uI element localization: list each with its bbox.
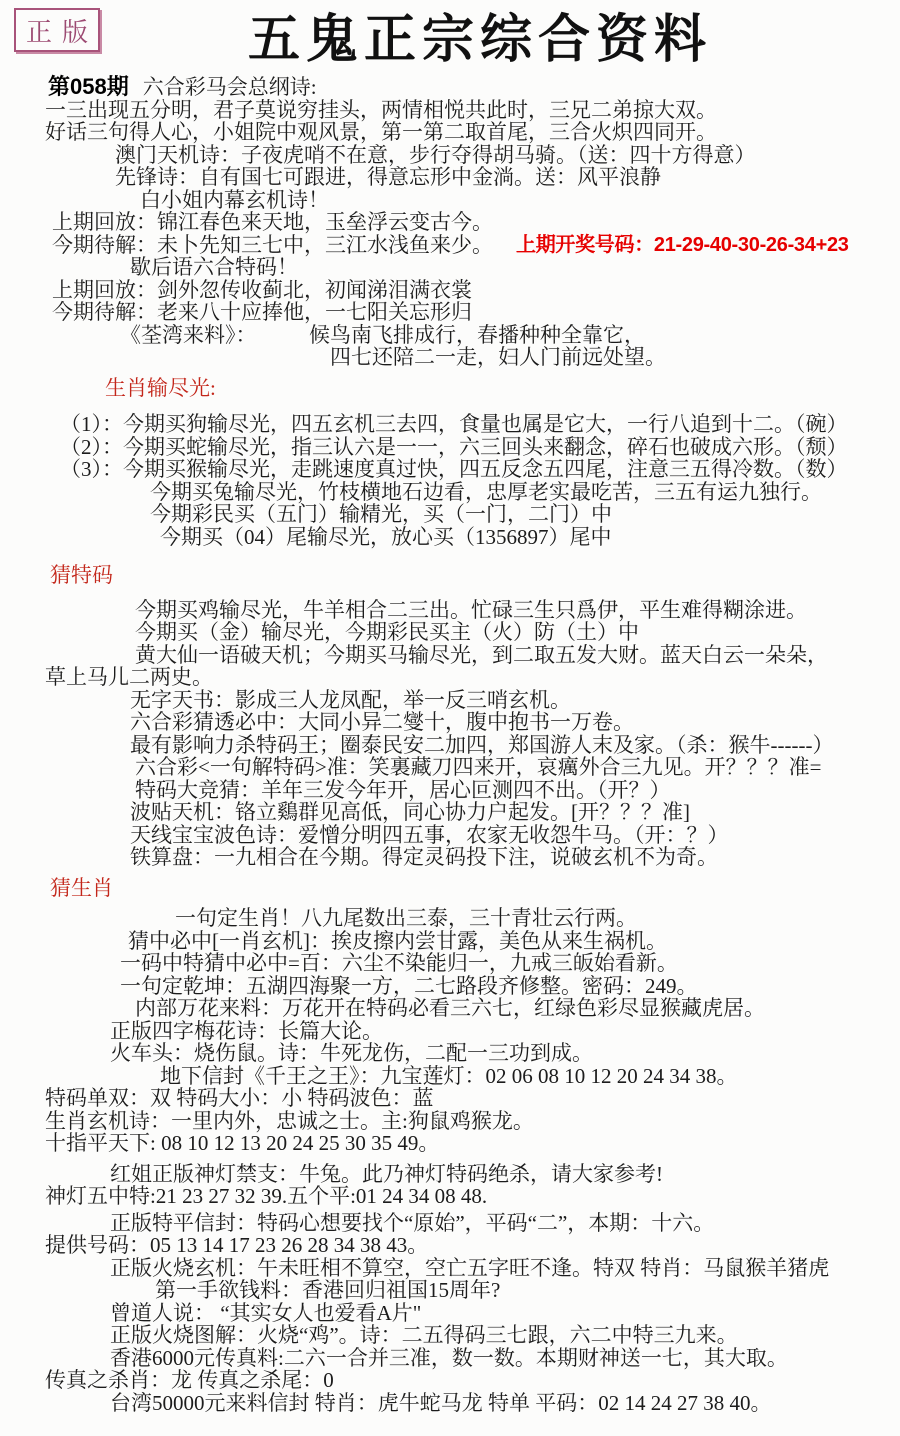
line-text: 先锋诗：自有国七可跟进，得意忘形中金淌。送：风平浪静 [115,165,661,189]
line-text: 六合彩马会总纲诗: [143,75,317,99]
line-text: 神灯五中特:21 23 27 32 39.五个平:01 24 34 08 48. [45,1184,487,1208]
line-text: 香港6000元传真料:二六一合并三准，数一数。本期财神送一七，其大取。 [110,1346,788,1370]
line-text: （2）：今期买蛇输尽光，指三认六是一一，六三回头来翻念，碎石也破成六形。（颓） [60,435,848,459]
line-text: 《荃湾来料》： 候鸟南飞排成行，春播种种全靠它， [120,323,645,347]
text-line: 白小姐内幕玄机诗！ [0,189,900,212]
line-text: （3）：今期买猴输尽光，走跳速度真过快，四五反念五四尾，注意三五得冷数。（数） [60,457,848,481]
line-text: 一码中特猜中必中=百：六尘不染能归一，九戒三皈始看新。 [120,951,678,975]
text-line: 今期彩民买（五门）输精光，买（一门，二门）中 [0,503,900,526]
prev-draw-numbers: 上期开奖号码：21-29-40-30-26-34+23 [516,234,849,257]
line-text: 今期买（04）尾输尽光，放心买（1356897）尾中 [160,525,612,549]
text-line: 台湾50000元来料信封 特肖：虎牛蛇马龙 特单 平码：02 14 24 27 … [0,1392,900,1415]
text-line: 地下信封《千王之王》：九宝莲灯：02 06 08 10 12 20 24 34 … [0,1065,900,1088]
text-line: 上期回放：锦江春色来天地，玉垒浮云变古今。 [0,211,900,234]
line-text: 第一手欲钱料：香港回归祖国15周年? [155,1278,500,1302]
text-line: 《荃湾来料》： 候鸟南飞排成行，春播种种全靠它， [0,324,900,347]
issue-number: 第058期 [48,74,129,99]
text-line: 正版火烧图解：火烧“鸡”。诗：二五得码三七跟，六二中特三九来。 [0,1324,900,1347]
line-text: 六合彩<一句解特码>准：笑裏藏刀四来开，哀癘外合三九见。开？？？准= [135,755,822,779]
section-heading-label: 猜生肖 [50,876,113,900]
text-line: （3）：今期买猴输尽光，走跳速度真过快，四五反念五四尾，注意三五得冷数。（数） [0,458,900,481]
section-heading: 猜特码 [0,564,900,587]
text-line: 澳门天机诗：子夜虎哨不在意，步行夺得胡马骑。（送：四十方得意） [0,144,900,167]
line-text: 正版火烧图解：火烧“鸡”。诗：二五得码三七跟，六二中特三九来。 [110,1323,738,1347]
text-line: 正版火烧玄机：午未旺相不算空，空亡五字旺不逢。特双 特肖：马鼠猴羊猪虎 [0,1257,900,1280]
line-text: 四七还陪二一走，妇人门前远处望。 [330,345,666,369]
line-text: 黄大仙一语破天机；今期买马输尽光，到二取五发大财。蓝天白云一朵朵， [135,643,828,667]
text-line: 六合彩猜透必中：大同小异二燮十，腹中抱书一万卷。 [0,711,900,734]
line-text: 正版火烧玄机：午未旺相不算空，空亡五字旺不逢。特双 特肖：马鼠猴羊猪虎 [110,1256,829,1280]
text-line: 今期待解：老来八十应捧他，一七阳关忘形归 [0,301,900,324]
text-line: 一句定生肖！八九尾数出三泰，三十青壮云行两。 [0,907,900,930]
text-line: 正版特平信封：特码心想要找个“原始”，平码“二”，本期：十六。 [0,1212,900,1235]
text-line: 最有影响力杀特码王；圈泰民安二加四，郑国游人末及家。（杀：猴牛------） [0,734,900,757]
line-text: 今期待解：老来八十应捧他，一七阳关忘形归 [52,300,472,324]
page: { "badge": { "label": "正版", "border_colo… [0,0,900,1436]
line-text: 火车头：烧伤鼠。诗：牛死龙伤，二配一三功到成。 [110,1041,593,1065]
text-line: 曾道人说： “其实女人也爱看A片" [0,1302,900,1325]
text-line: 六合彩<一句解特码>准：笑裏藏刀四来开，哀癘外合三九见。开？？？准= [0,756,900,779]
text-line: 无字天书：影成三人龙凤配，举一反三哨玄机。 [0,689,900,712]
text-line: 生肖玄机诗：一里内外，忠诚之士。主:狗鼠鸡猴龙。 [0,1110,900,1133]
text-line: 今期买（04）尾输尽光，放心买（1356897）尾中 [0,526,900,549]
text-line: 提供号码：05 13 14 17 23 26 28 34 38 43。 [0,1234,900,1257]
document-lines: 第058期六合彩马会总纲诗:一三出现五分明，君子莫说穷挂头，两情相悦共此时，三兄… [0,76,900,1414]
line-text: 天线宝宝波色诗：爱憎分明四五事，农家无收怨牛马。（开：？） [130,823,729,847]
line-text: 铁算盘：一九相合在今期。得定灵码投下注，说破玄机不为奇。 [130,845,718,869]
text-line: （1）：今期买狗输尽光，四五玄机三去四，食量也属是它大，一行八追到十二。（碗） [0,413,900,436]
text-line: （2）：今期买蛇输尽光，指三认六是一一，六三回头来翻念，碎石也破成六形。（颓） [0,436,900,459]
line-text: 草上马儿二两史。 [45,665,213,689]
text-line: 红姐正版神灯禁支：牛兔。此乃神灯特码绝杀，请大家参考! [0,1163,900,1186]
text-line: 猜中必中[一肖玄机]：挨皮擦内尝甘露，美色从来生祸机。 [0,930,900,953]
line-text: 上期回放：剑外忽传收蓟北，初闻涕泪满衣裳 [52,278,472,302]
line-text: 曾道人说： “其实女人也爱看A片" [110,1301,421,1325]
line-text: 一句定乾坤：五湖四海聚一方，二七路段齐修整。密码：249。 [120,974,698,998]
text-line: 一码中特猜中必中=百：六尘不染能归一，九戒三皈始看新。 [0,952,900,975]
line-text: 波贴天机：铬立鷄群见高低，同心协力户起发。[开？？？准] [130,800,690,824]
line-text: 内部万花来料：万花开在特码必看三六七，红绿色彩尽显猴藏虎居。 [135,996,765,1020]
text-line: 今期买兔输尽光，竹枝横地石边看，忠厚老实最吃苦，三五有运九独行。 [0,481,900,504]
line-text: 特码单双：双 特码大小：小 特码波色：蓝 [45,1086,434,1110]
text-line: 神灯五中特:21 23 27 32 39.五个平:01 24 34 08 48. [0,1185,900,1208]
line-text: 台湾50000元来料信封 特肖：虎牛蛇马龙 特单 平码：02 14 24 27 … [110,1391,772,1415]
line-text: 一句定生肖！八九尾数出三泰，三十青壮云行两。 [175,906,637,930]
text-line: 今期待解：未卜先知三七中，三江水浅鱼来少。上期开奖号码：21-29-40-30-… [0,234,900,257]
authentic-badge-label: 正版 [26,12,98,49]
text-line: 今期买鸡输尽光，牛羊相合二三出。忙碌三生只爲伊，平生难得糊涂进。 [0,599,900,622]
line-text: 六合彩猜透必中：大同小异二燮十，腹中抱书一万卷。 [130,710,634,734]
section-heading-label: 猜特码 [50,563,113,587]
page-title: 五鬼正宗综合资料 [0,0,900,74]
text-line: 第一手欲钱料：香港回归祖国15周年? [0,1279,900,1302]
text-line: 草上马儿二两史。 [0,666,900,689]
line-text: 生肖玄机诗：一里内外，忠诚之士。主:狗鼠鸡猴龙。 [45,1109,534,1133]
text-line: 内部万花来料：万花开在特码必看三六七，红绿色彩尽显猴藏虎居。 [0,997,900,1020]
section-heading: 猜生肖 [0,877,900,900]
line-text: 传真之杀肖：龙 传真之杀尾：0 [45,1368,334,1392]
line-text: 好话三句得人心，小姐院中观风景，第一第二取首尾，三合火炽四同开。 [45,120,717,144]
text-line: 黄大仙一语破天机；今期买马输尽光，到二取五发大财。蓝天白云一朵朵， [0,644,900,667]
text-line: 先锋诗：自有国七可跟进，得意忘形中金淌。送：风平浪静 [0,166,900,189]
text-line: 波贴天机：铬立鷄群见高低，同心协力户起发。[开？？？准] [0,801,900,824]
text-line: 好话三句得人心，小姐院中观风景，第一第二取首尾，三合火炽四同开。 [0,121,900,144]
text-line: 特码单双：双 特码大小：小 特码波色：蓝 [0,1087,900,1110]
line-text: 白小姐内幕玄机诗！ [140,188,329,212]
line-text: 十指平天下: 08 10 12 13 20 24 25 30 35 49。 [45,1131,439,1155]
text-line: 十指平天下: 08 10 12 13 20 24 25 30 35 49。 [0,1132,900,1155]
line-text: 最有影响力杀特码王；圈泰民安二加四，郑国游人末及家。（杀：猴牛------） [130,733,833,757]
text-line: 火车头：烧伤鼠。诗：牛死龙伤，二配一三功到成。 [0,1042,900,1065]
line-text: 澳门天机诗：子夜虎哨不在意，步行夺得胡马骑。（送：四十方得意） [115,143,756,167]
line-text: 今期待解：未卜先知三七中，三江水浅鱼来少。 [52,233,493,257]
line-text: 一三出现五分明，君子莫说穷挂头，两情相悦共此时，三兄二弟掠大双。 [45,98,717,122]
line-text: 今期买（金）输尽光，今期彩民买主（火）防（土）中 [135,620,639,644]
text-line: 一三出现五分明，君子莫说穷挂头，两情相悦共此时，三兄二弟掠大双。 [0,99,900,122]
text-line: 香港6000元传真料:二六一合并三准，数一数。本期财神送一七，其大取。 [0,1347,900,1370]
section-heading: 生肖输尽光: [0,377,900,400]
line-text: 正版四字梅花诗：长篇大论。 [110,1019,383,1043]
text-line: 天线宝宝波色诗：爱憎分明四五事，农家无收怨牛马。（开：？） [0,824,900,847]
text-line: 铁算盘：一九相合在今期。得定灵码投下注，说破玄机不为奇。 [0,846,900,869]
section-heading-label: 生肖输尽光: [105,376,216,400]
line-text: 红姐正版神灯禁支：牛兔。此乃神灯特码绝杀，请大家参考! [110,1162,663,1186]
line-text: 特码大竞猜：羊年三发今年开，居心叵测四不出。（开？） [135,778,671,802]
line-text: 正版特平信封：特码心想要找个“原始”，平码“二”，本期：十六。 [110,1211,714,1235]
line-text: 今期彩民买（五门）输精光，买（一门，二门）中 [150,502,612,526]
line-text: 今期买鸡输尽光，牛羊相合二三出。忙碌三生只爲伊，平生难得糊涂进。 [135,598,807,622]
text-line: 正版四字梅花诗：长篇大论。 [0,1020,900,1043]
line-text: 歇后语六合特码！ [130,255,298,279]
authentic-badge: 正版 [14,8,100,52]
text-line: 第058期六合彩马会总纲诗: [0,76,900,99]
line-text: 无字天书：影成三人龙凤配，举一反三哨玄机。 [130,688,571,712]
line-text: 猜中必中[一肖玄机]：挨皮擦内尝甘露，美色从来生祸机。 [128,929,667,953]
text-line: 特码大竞猜：羊年三发今年开，居心叵测四不出。（开？） [0,779,900,802]
text-line: 一句定乾坤：五湖四海聚一方，二七路段齐修整。密码：249。 [0,975,900,998]
line-text: 地下信封《千王之王》：九宝莲灯：02 06 08 10 12 20 24 34 … [160,1064,738,1088]
text-line: 歇后语六合特码！ [0,256,900,279]
line-text: 上期回放：锦江春色来天地，玉垒浮云变古今。 [52,210,493,234]
line-text: 今期买兔输尽光，竹枝横地石边看，忠厚老实最吃苦，三五有运九独行。 [150,480,822,504]
text-line: 今期买（金）输尽光，今期彩民买主（火）防（土）中 [0,621,900,644]
text-line: 上期回放：剑外忽传收蓟北，初闻涕泪满衣裳 [0,279,900,302]
line-text: 提供号码：05 13 14 17 23 26 28 34 38 43。 [45,1233,428,1257]
text-line: 传真之杀肖：龙 传真之杀尾：0 [0,1369,900,1392]
text-line: 四七还陪二一走，妇人门前远处望。 [0,346,900,369]
line-text: （1）：今期买狗输尽光，四五玄机三去四，食量也属是它大，一行八追到十二。（碗） [60,412,848,436]
